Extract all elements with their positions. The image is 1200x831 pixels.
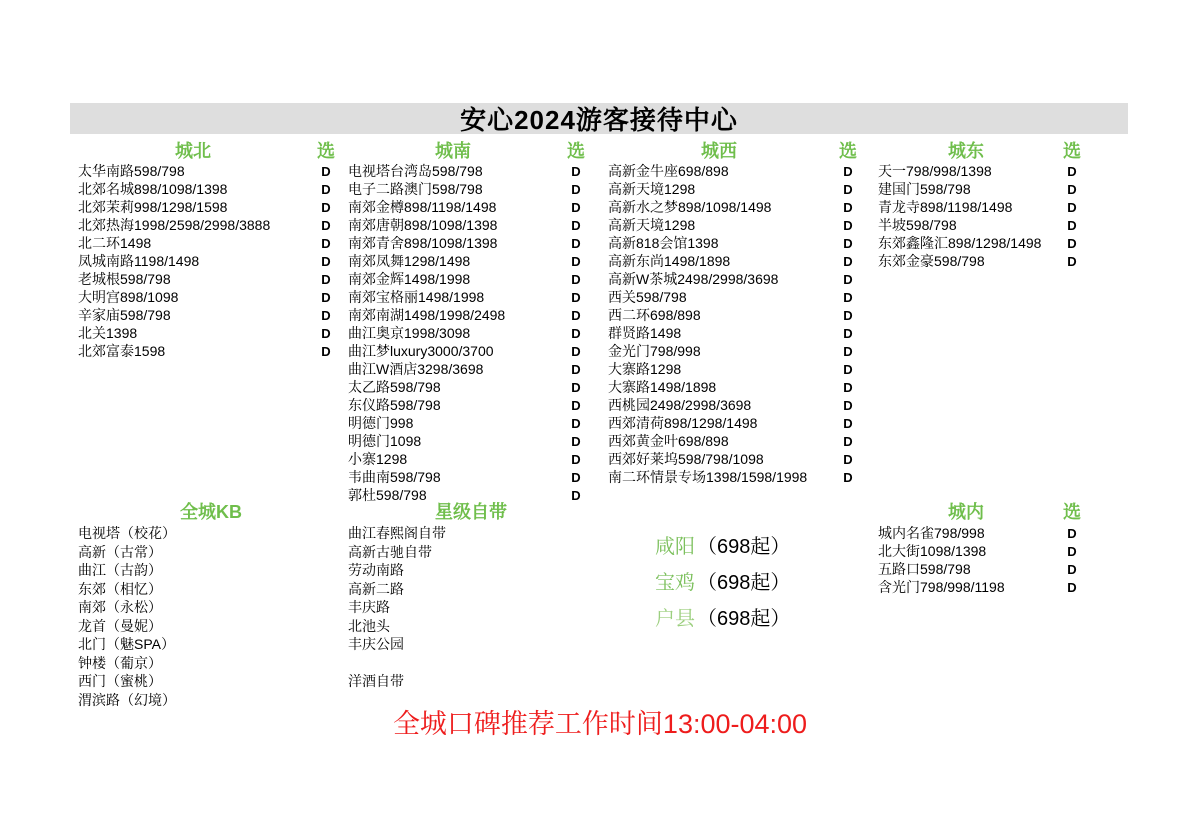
venue-label: 北郊茉莉998/1298/1598 <box>78 197 308 217</box>
venue-label: 群贤路1498 <box>608 323 830 343</box>
venue-label: 高新金牛座698/898 <box>608 161 830 181</box>
venue-label: 辛家庙598/798 <box>78 305 308 325</box>
select-mark: D <box>308 218 344 233</box>
list-item: 南二环情景专场1398/1598/1998D <box>608 468 866 486</box>
venue-label: 西郊好莱坞598/798/1098 <box>608 449 830 469</box>
list-item: 高新818会馆1398D <box>608 234 866 252</box>
select-mark: D <box>558 380 594 395</box>
venue-label: 北郊名城898/1098/1398 <box>78 179 308 199</box>
select-mark: D <box>830 470 866 485</box>
select-mark: D <box>558 200 594 215</box>
flyer-page: 安心2024游客接待中心 城北选太华南路598/798D北郊名城898/1098… <box>0 0 1200 831</box>
select-mark: D <box>830 452 866 467</box>
select-mark: D <box>830 218 866 233</box>
column-header: 城西 <box>608 137 830 163</box>
list-item: 南郊唐朝898/1098/1398D <box>348 216 594 234</box>
venue-label: 南郊宝格丽1498/1998 <box>348 287 558 307</box>
select-mark: D <box>308 236 344 251</box>
list-item: 西郊好莱坞598/798/1098D <box>608 450 866 468</box>
cities-block: 咸阳（698起）宝鸡（698起）户县（698起） <box>655 526 790 634</box>
list-item: 洋酒自带 <box>348 672 594 691</box>
select-mark: D <box>1054 236 1090 251</box>
venue-label: 高新天境1298 <box>608 179 830 199</box>
select-mark: D <box>1054 182 1090 197</box>
select-mark: D <box>558 362 594 377</box>
venue-label: 东仪路598/798 <box>348 395 558 415</box>
select-mark: D <box>830 164 866 179</box>
list-item: 东仪路598/798D <box>348 396 594 414</box>
venue-label: 金光门798/998 <box>608 341 830 361</box>
venue-label: 青龙寺898/1198/1498 <box>878 197 1054 217</box>
list-item: 西桃园2498/2998/3698D <box>608 396 866 414</box>
venue-label: 小寨1298 <box>348 449 558 469</box>
venue-label: 凤城南路1198/1498 <box>78 251 308 271</box>
list-item: 曲江W酒店3298/3698D <box>348 360 594 378</box>
city-row: 咸阳（698起） <box>655 526 790 562</box>
select-mark: D <box>558 344 594 359</box>
select-mark: D <box>558 326 594 341</box>
list-item: 城内名雀798/998D <box>878 524 1090 542</box>
list-item: 高新二路 <box>348 580 594 599</box>
select-mark: D <box>308 164 344 179</box>
select-mark: D <box>308 290 344 305</box>
venue-label: 南二环情景专场1398/1598/1998 <box>608 467 830 487</box>
venue-label: 大明宫898/1098 <box>78 287 308 307</box>
list-item: 南郊南湖1498/1998/2498D <box>348 306 594 324</box>
list-item: 北郊茉莉998/1298/1598D <box>78 198 344 216</box>
select-mark: D <box>830 308 866 323</box>
venue-label: 北大街1098/1398 <box>878 541 1054 561</box>
venue-label: 西郊清荷898/1298/1498 <box>608 413 830 433</box>
list-item: 北二环1498D <box>78 234 344 252</box>
select-mark: D <box>830 254 866 269</box>
list-item: 高新（古常） <box>78 543 344 562</box>
venue-label: 明德门998 <box>348 413 558 433</box>
list-item: 明德门1098D <box>348 432 594 450</box>
select-mark: D <box>558 254 594 269</box>
venue-label: 东郊鑫隆汇898/1298/1498 <box>878 233 1054 253</box>
column-head: 城西选 <box>608 138 866 162</box>
list-item: 丰庆路 <box>348 598 594 617</box>
city-row: 宝鸡（698起） <box>655 562 790 598</box>
venue-label: 大寨路1498/1898 <box>608 377 830 397</box>
select-mark: D <box>1054 526 1090 541</box>
select-mark: D <box>830 416 866 431</box>
section-header: 星级自带 <box>348 498 594 524</box>
select-mark: D <box>308 272 344 287</box>
venue-label: 含光门798/998/1198 <box>878 577 1054 597</box>
select-header: 选 <box>1054 498 1090 524</box>
list-item: 大寨路1498/1898D <box>608 378 866 396</box>
venue-label: 建国门598/798 <box>878 179 1054 199</box>
venue-label: 高新818会馆1398 <box>608 233 830 253</box>
list-item: 劳动南路 <box>348 561 594 580</box>
list-item: 曲江梦luxury3000/3700D <box>348 342 594 360</box>
list-item: 高新W茶城2498/2998/3698D <box>608 270 866 288</box>
venue-label: 曲江奥京1998/3098 <box>348 323 558 343</box>
select-mark: D <box>308 200 344 215</box>
venue-label: 南郊金辉1498/1998 <box>348 269 558 289</box>
select-mark: D <box>558 164 594 179</box>
select-mark: D <box>558 416 594 431</box>
venue-label: 高新W茶城2498/2998/3698 <box>608 269 830 289</box>
city-price: （698起） <box>697 530 790 559</box>
list-item: 电视塔（校花） <box>78 524 344 543</box>
list-item: 东郊（相忆） <box>78 580 344 599</box>
section-header: 全城KB <box>78 498 344 524</box>
select-mark: D <box>558 452 594 467</box>
list-item: 金光门798/998D <box>608 342 866 360</box>
city-name: 户县 <box>655 602 695 631</box>
column-head: 城内选 <box>878 498 1090 524</box>
list-item: 凤城南路1198/1498D <box>78 252 344 270</box>
title-bar: 安心2024游客接待中心 <box>70 103 1128 134</box>
list-item: 高新水之梦898/1098/1498D <box>608 198 866 216</box>
venue-label: 韦曲南598/798 <box>348 467 558 487</box>
select-header: 选 <box>558 137 594 163</box>
list-item: 南郊凤舞1298/1498D <box>348 252 594 270</box>
city-row: 户县（698起） <box>655 598 790 634</box>
select-mark: D <box>558 290 594 305</box>
column-header: 城东 <box>878 137 1054 163</box>
select-mark: D <box>830 362 866 377</box>
venue-label: 北郊热海1998/2598/2998/3888 <box>78 215 308 235</box>
select-mark: D <box>308 182 344 197</box>
list-item: 曲江奥京1998/3098D <box>348 324 594 342</box>
city-name: 咸阳 <box>655 530 695 559</box>
city-name: 宝鸡 <box>655 566 695 595</box>
select-mark: D <box>1054 562 1090 577</box>
district-column-north: 城北选太华南路598/798D北郊名城898/1098/1398D北郊茉莉998… <box>78 138 344 360</box>
select-mark: D <box>1054 544 1090 559</box>
column-head: 城南选 <box>348 138 594 162</box>
select-mark: D <box>830 236 866 251</box>
list-item: 辛家庙598/798D <box>78 306 344 324</box>
select-mark: D <box>558 182 594 197</box>
venue-label: 北郊富泰1598 <box>78 341 308 361</box>
venue-label: 高新天境1298 <box>608 215 830 235</box>
list-item: 高新金牛座698/898D <box>608 162 866 180</box>
select-mark: D <box>558 272 594 287</box>
list-item: 曲江（古韵） <box>78 561 344 580</box>
list-item: 北关1398D <box>78 324 344 342</box>
select-mark: D <box>558 308 594 323</box>
select-mark: D <box>308 344 344 359</box>
list-item: 高新天境1298D <box>608 216 866 234</box>
venue-label: 曲江W酒店3298/3698 <box>348 359 558 379</box>
select-mark: D <box>558 434 594 449</box>
list-item: 北门（魅SPA） <box>78 635 344 654</box>
select-mark: D <box>308 326 344 341</box>
venue-label: 西桃园2498/2998/3698 <box>608 395 830 415</box>
list-item: 南郊（永松） <box>78 598 344 617</box>
list-item: 半坡598/798D <box>878 216 1090 234</box>
list-item: 北大街1098/1398D <box>878 542 1090 560</box>
venue-label: 西郊黄金叶698/898 <box>608 431 830 451</box>
venue-label: 太乙路598/798 <box>348 377 558 397</box>
list-item: 明德门998D <box>348 414 594 432</box>
venue-label: 南郊南湖1498/1998/2498 <box>348 305 558 325</box>
kb-block: 全城KB电视塔（校花）高新（古常）曲江（古韵）东郊（相忆）南郊（永松）龙首（曼妮… <box>78 498 344 709</box>
venue-label: 电子二路澳门598/798 <box>348 179 558 199</box>
select-mark: D <box>830 398 866 413</box>
list-item: 韦曲南598/798D <box>348 468 594 486</box>
select-mark: D <box>1054 580 1090 595</box>
venue-label: 南郊青舍898/1098/1398 <box>348 233 558 253</box>
venue-label: 明德门1098 <box>348 431 558 451</box>
select-mark: D <box>308 308 344 323</box>
select-mark: D <box>1054 164 1090 179</box>
select-mark: D <box>1054 200 1090 215</box>
venue-label: 城内名雀798/998 <box>878 523 1054 543</box>
star-block: 星级自带曲江春熙阁自带高新古驰自带劳动南路高新二路丰庆路北池头丰庆公园 洋酒自带 <box>348 498 594 691</box>
list-item: 青龙寺898/1198/1498D <box>878 198 1090 216</box>
select-mark: D <box>830 272 866 287</box>
select-mark: D <box>558 236 594 251</box>
venue-label: 东郊金豪598/798 <box>878 251 1054 271</box>
select-header: 选 <box>830 137 866 163</box>
list-item: 北郊名城898/1098/1398D <box>78 180 344 198</box>
venue-label: 西关598/798 <box>608 287 830 307</box>
select-mark: D <box>830 344 866 359</box>
list-item: 太乙路598/798D <box>348 378 594 396</box>
venue-label: 北关1398 <box>78 323 308 343</box>
city-price: （698起） <box>697 566 790 595</box>
list-item: 钟楼（葡京） <box>78 654 344 673</box>
column-header: 城南 <box>348 137 558 163</box>
list-item: 东郊金豪598/798D <box>878 252 1090 270</box>
district-column-west: 城西选高新金牛座698/898D高新天境1298D高新水之梦898/1098/1… <box>608 138 866 486</box>
list-item: 南郊金樽898/1198/1498D <box>348 198 594 216</box>
list-item: 北郊富泰1598D <box>78 342 344 360</box>
select-mark: D <box>1054 218 1090 233</box>
list-item: 西门（蜜桃） <box>78 672 344 691</box>
list-item: 南郊宝格丽1498/1998D <box>348 288 594 306</box>
list-item <box>348 654 594 673</box>
select-mark: D <box>830 434 866 449</box>
district-column-east: 城东选天一798/998/1398D建国门598/798D青龙寺898/1198… <box>878 138 1090 270</box>
page-title: 安心2024游客接待中心 <box>460 100 738 137</box>
list-item: 南郊金辉1498/1998D <box>348 270 594 288</box>
column-header: 城内 <box>878 498 1054 524</box>
select-mark: D <box>830 182 866 197</box>
venue-label: 大寨路1298 <box>608 359 830 379</box>
venue-label: 天一798/998/1398 <box>878 161 1054 181</box>
venue-label: 五路口598/798 <box>878 559 1054 579</box>
list-item: 群贤路1498D <box>608 324 866 342</box>
venue-label: 南郊唐朝898/1098/1398 <box>348 215 558 235</box>
select-mark: D <box>308 254 344 269</box>
inner-block: 城内选城内名雀798/998D北大街1098/1398D五路口598/798D含… <box>878 498 1090 596</box>
select-mark: D <box>830 380 866 395</box>
list-item: 丰庆公园 <box>348 635 594 654</box>
select-mark: D <box>830 290 866 305</box>
list-item: 曲江春熙阁自带 <box>348 524 594 543</box>
footer-notice: 全城口碑推荐工作时间13:00-04:00 <box>0 702 1200 741</box>
venue-label: 高新东尚1498/1898 <box>608 251 830 271</box>
list-item: 西郊黄金叶698/898D <box>608 432 866 450</box>
venue-label: 北二环1498 <box>78 233 308 253</box>
list-item: 西郊清荷898/1298/1498D <box>608 414 866 432</box>
select-header: 选 <box>1054 137 1090 163</box>
venue-label: 半坡598/798 <box>878 215 1054 235</box>
column-head: 城东选 <box>878 138 1090 162</box>
venue-label: 太华南路598/798 <box>78 161 308 181</box>
list-item: 高新东尚1498/1898D <box>608 252 866 270</box>
list-item: 龙首（曼妮） <box>78 617 344 636</box>
venue-label: 西二环698/898 <box>608 305 830 325</box>
venue-label: 南郊金樽898/1198/1498 <box>348 197 558 217</box>
list-item: 西二环698/898D <box>608 306 866 324</box>
venue-label: 南郊凤舞1298/1498 <box>348 251 558 271</box>
district-column-south: 城南选电视塔台湾岛598/798D电子二路澳门598/798D南郊金樽898/1… <box>348 138 594 504</box>
select-mark: D <box>830 326 866 341</box>
list-item: 电子二路澳门598/798D <box>348 180 594 198</box>
city-price: （698起） <box>697 602 790 631</box>
list-item: 太华南路598/798D <box>78 162 344 180</box>
list-item: 建国门598/798D <box>878 180 1090 198</box>
select-mark: D <box>830 200 866 215</box>
column-head: 城北选 <box>78 138 344 162</box>
select-mark: D <box>1054 254 1090 269</box>
list-item: 大明宫898/1098D <box>78 288 344 306</box>
list-item: 电视塔台湾岛598/798D <box>348 162 594 180</box>
venue-label: 电视塔台湾岛598/798 <box>348 161 558 181</box>
list-item: 五路口598/798D <box>878 560 1090 578</box>
list-item: 高新天境1298D <box>608 180 866 198</box>
list-item: 东郊鑫隆汇898/1298/1498D <box>878 234 1090 252</box>
list-item: 北郊热海1998/2598/2998/3888D <box>78 216 344 234</box>
list-item: 天一798/998/1398D <box>878 162 1090 180</box>
list-item: 含光门798/998/1198D <box>878 578 1090 596</box>
list-item: 小寨1298D <box>348 450 594 468</box>
list-item: 老城根598/798D <box>78 270 344 288</box>
venue-label: 高新水之梦898/1098/1498 <box>608 197 830 217</box>
select-header: 选 <box>308 137 344 163</box>
list-item: 西关598/798D <box>608 288 866 306</box>
select-mark: D <box>558 470 594 485</box>
venue-label: 老城根598/798 <box>78 269 308 289</box>
list-item: 南郊青舍898/1098/1398D <box>348 234 594 252</box>
select-mark: D <box>558 398 594 413</box>
list-item: 北池头 <box>348 617 594 636</box>
column-header: 城北 <box>78 137 308 163</box>
list-item: 高新古驰自带 <box>348 543 594 562</box>
venue-label: 曲江梦luxury3000/3700 <box>348 341 558 361</box>
select-mark: D <box>558 218 594 233</box>
list-item: 大寨路1298D <box>608 360 866 378</box>
